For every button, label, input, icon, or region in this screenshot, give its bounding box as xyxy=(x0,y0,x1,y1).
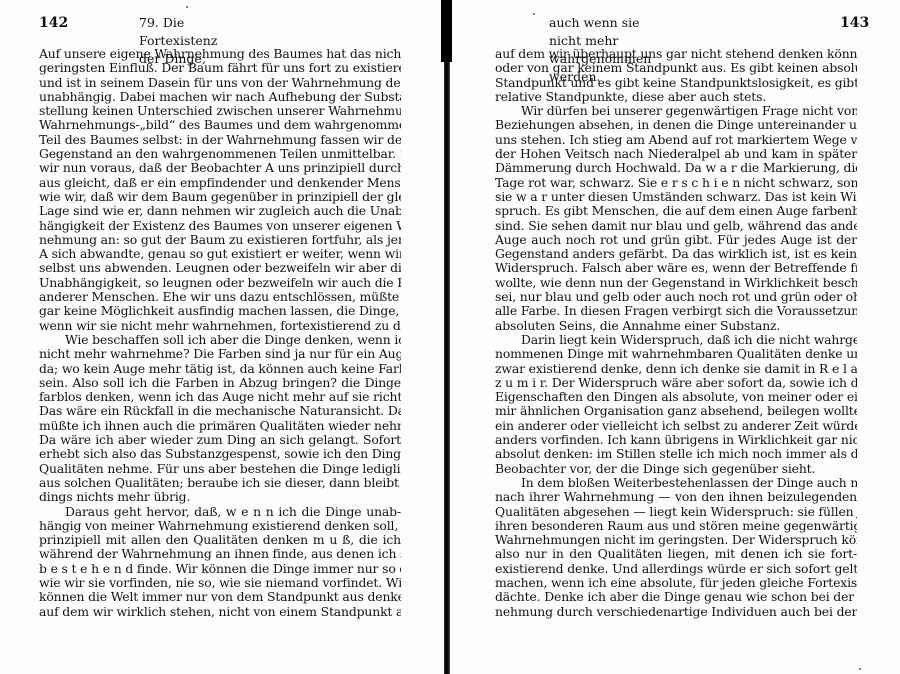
book-gutter xyxy=(444,0,450,674)
text-line: Wir dürfen bei unserer gegenwärtigen Fra… xyxy=(495,104,857,118)
text-line: Das wäre ein Rückfall in die mechanische… xyxy=(39,404,401,418)
text-line: da; wo kein Auge mehr tätig ist, da könn… xyxy=(39,362,401,376)
text-line: Qualitäten abgesehen — liegt kein Widers… xyxy=(495,505,857,519)
text-line: absoluten Seins, die Annahme einer Subst… xyxy=(495,319,857,333)
text-line: hängig von meiner Wahrnehmung existieren… xyxy=(39,519,401,533)
text-line: Standpunkt und es gibt keine Standpunkts… xyxy=(495,76,857,90)
text-line: In dem bloßen Weiterbestehenlassen der D… xyxy=(495,476,857,490)
text-line: Wahrnehmungs-„bild“ des Baumes und dem w… xyxy=(39,118,401,132)
text-line: prinzipiell mit allen den Qualitäten den… xyxy=(39,533,401,547)
text-line: Unabhängigkeit, so leugnen oder bezweife… xyxy=(39,276,401,290)
text-line: nicht mehr wahrnehme? Die Farben sind ja… xyxy=(39,347,401,361)
text-line: relative Standpunkte, diese aber auch st… xyxy=(495,90,857,104)
left-page: 142 79. Die Fortexistenz der Dinge, Auf … xyxy=(0,0,446,674)
text-line: anderer Menschen. Ehe wir uns dazu entsc… xyxy=(39,290,401,304)
scan-speck xyxy=(533,13,535,15)
text-line: aus solchen Qualitäten; beraube ich sie … xyxy=(39,476,401,490)
text-line: A sich abwandte, genau so gut existiert … xyxy=(39,247,401,261)
text-line: Auge auch noch rot und grün gibt. Für je… xyxy=(495,233,857,247)
book-gutter-shadow xyxy=(441,0,452,62)
text-line: Gegenstand anders gefärbt. Da das wirkli… xyxy=(495,247,857,261)
text-line: also nur in den Qualitäten liegen, mit d… xyxy=(495,547,857,561)
text-line: sind. Sie sehen damit nur blau und gelb,… xyxy=(495,219,857,233)
text-line: ein anderer oder vielleicht ich selbst z… xyxy=(495,419,857,433)
text-line: sie w a r unter diesen Umständen schwarz… xyxy=(495,190,857,204)
text-line: nach ihrer Wahrnehmung — von den ihnen b… xyxy=(495,490,857,504)
text-line: Eigenschaften den Dingen als absolute, v… xyxy=(495,390,857,404)
text-line: mir ähnlichen Organisation ganz absehend… xyxy=(495,404,857,418)
text-line: absolut denken: im Stillen stelle ich mi… xyxy=(495,447,857,461)
text-line: auf dem wir überhaupt uns gar nicht steh… xyxy=(495,47,857,61)
text-line: farblos denken, wenn ich das Auge nicht … xyxy=(39,390,401,404)
text-line: machen, wenn ich eine absolute, für jede… xyxy=(495,576,857,590)
text-line: erhebt sich also das Substanzgespenst, s… xyxy=(39,447,401,461)
text-line: uns stehen. Ich stieg am Abend auf rot m… xyxy=(495,133,857,147)
text-line: Lage sind wie er, dann nehmen wir zuglei… xyxy=(39,204,401,218)
text-line: Qualitäten nehme. Für uns aber bestehen … xyxy=(39,462,401,476)
text-line: während der Wahrnehmung an ihnen finde, … xyxy=(39,547,401,561)
text-line: Wahrnehmungen nicht im geringsten. Der W… xyxy=(495,533,857,547)
text-line: Dämmerung durch Hochwald. Da w a r die M… xyxy=(495,161,857,175)
book-spread: 142 79. Die Fortexistenz der Dinge, Auf … xyxy=(0,0,900,674)
text-line: hängigkeit der Existenz des Baumes von u… xyxy=(39,219,401,233)
text-line: stellung keinen Unterschied zwischen uns… xyxy=(39,104,401,118)
text-line: Teil des Baumes selbst: in der Wahrnehmu… xyxy=(39,133,401,147)
text-line: Wie beschaffen soll ich aber die Dinge d… xyxy=(39,333,401,347)
text-line: der Hohen Veitsch nach Niederalpel ab un… xyxy=(495,147,857,161)
scan-speck xyxy=(186,6,188,8)
page-number: 142 xyxy=(39,14,68,32)
text-line: zwar existierend denke, denn ich denke s… xyxy=(495,362,857,376)
text-line: Daraus geht hervor, daß, w e n n ich die… xyxy=(39,505,401,519)
text-line: Darin liegt kein Widerspruch, daß ich di… xyxy=(495,333,857,347)
text-line: sei, nur blau und gelb oder auch noch ro… xyxy=(495,290,857,304)
text-line: wollte, wie denn nun der Gegenstand in W… xyxy=(495,276,857,290)
text-line: und ist in seinem Dasein für uns von der… xyxy=(39,76,401,90)
left-page-body: Auf unsere eigene Wahrnehmung des Baumes… xyxy=(39,47,401,619)
text-line: spruch. Es gibt Menschen, die auf dem ei… xyxy=(495,204,857,218)
text-line: wir nun voraus, daß der Beobachter A uns… xyxy=(39,161,401,175)
text-line: alle Farbe. In diesen Fragen verbirgt si… xyxy=(495,304,857,318)
scan-speck xyxy=(859,668,861,670)
right-page-body: auf dem wir überhaupt uns gar nicht steh… xyxy=(495,47,857,619)
text-line: Gegenstand an den wahrgenommenen Teilen … xyxy=(39,147,401,161)
text-line: aus gleicht, daß er ein empfindender und… xyxy=(39,176,401,190)
text-line: nehmung durch verschiedenartige Individu… xyxy=(495,605,857,619)
text-line: sein. Also soll ich die Farben in Abzug … xyxy=(39,376,401,390)
text-line: existierend denke. Und allerdings würde … xyxy=(495,562,857,576)
page-number: 143 xyxy=(840,14,869,32)
text-line: Beziehungen absehen, in denen die Dinge … xyxy=(495,118,857,132)
text-line: geringsten Einfluß. Der Baum fährt für u… xyxy=(39,61,401,75)
text-line: z u m i r. Der Widerspruch wäre aber sof… xyxy=(495,376,857,390)
text-line: Beobachter vor, der die Dinge sich gegen… xyxy=(495,462,857,476)
text-line: wenn wir sie nicht mehr wahrnehmen, fort… xyxy=(39,319,401,333)
text-line: wie wir, daß wir dem Baum gegenüber in p… xyxy=(39,190,401,204)
text-line: Tage rot war, schwarz. Sie e r s c h i e… xyxy=(495,176,857,190)
text-line: gar keine Möglichkeit ausfindig machen l… xyxy=(39,304,401,318)
text-line: Widerspruch. Falsch aber wäre es, wenn d… xyxy=(495,261,857,275)
text-line: dächte. Denke ich aber die Dinge genau w… xyxy=(495,590,857,604)
text-line: b e s t e h e n d finde. Wir können die … xyxy=(39,562,401,576)
text-line: Auf unsere eigene Wahrnehmung des Baumes… xyxy=(39,47,401,61)
text-line: nommenen Dinge mit wahrnehmbaren Qualitä… xyxy=(495,347,857,361)
text-line: ihren besonderen Raum aus und stören mei… xyxy=(495,519,857,533)
text-line: nehmung an: so gut der Baum zu existiere… xyxy=(39,233,401,247)
text-line: müßte ich ihnen auch die primären Qualit… xyxy=(39,419,401,433)
text-line: oder von gar keinem Standpunkt aus. Es g… xyxy=(495,61,857,75)
text-line: können die Welt immer nur von dem Standp… xyxy=(39,590,401,604)
text-line: unabhängig. Dabei machen wir nach Aufheb… xyxy=(39,90,401,104)
text-line: Da wäre ich aber wieder zum Ding an sich… xyxy=(39,433,401,447)
text-line: auf dem wir wirklich stehen, nicht von e… xyxy=(39,605,401,619)
text-line: anders vorfinden. Ich kann übrigens in W… xyxy=(495,433,857,447)
text-line: selbst uns abwenden. Leugnen oder bezwei… xyxy=(39,261,401,275)
right-page: auch wenn sie nicht mehr wahrgenommen we… xyxy=(452,0,900,674)
text-line: dings nichts mehr übrig. xyxy=(39,490,401,504)
text-line: wie wir sie vorfinden, nie so, wie sie n… xyxy=(39,576,401,590)
